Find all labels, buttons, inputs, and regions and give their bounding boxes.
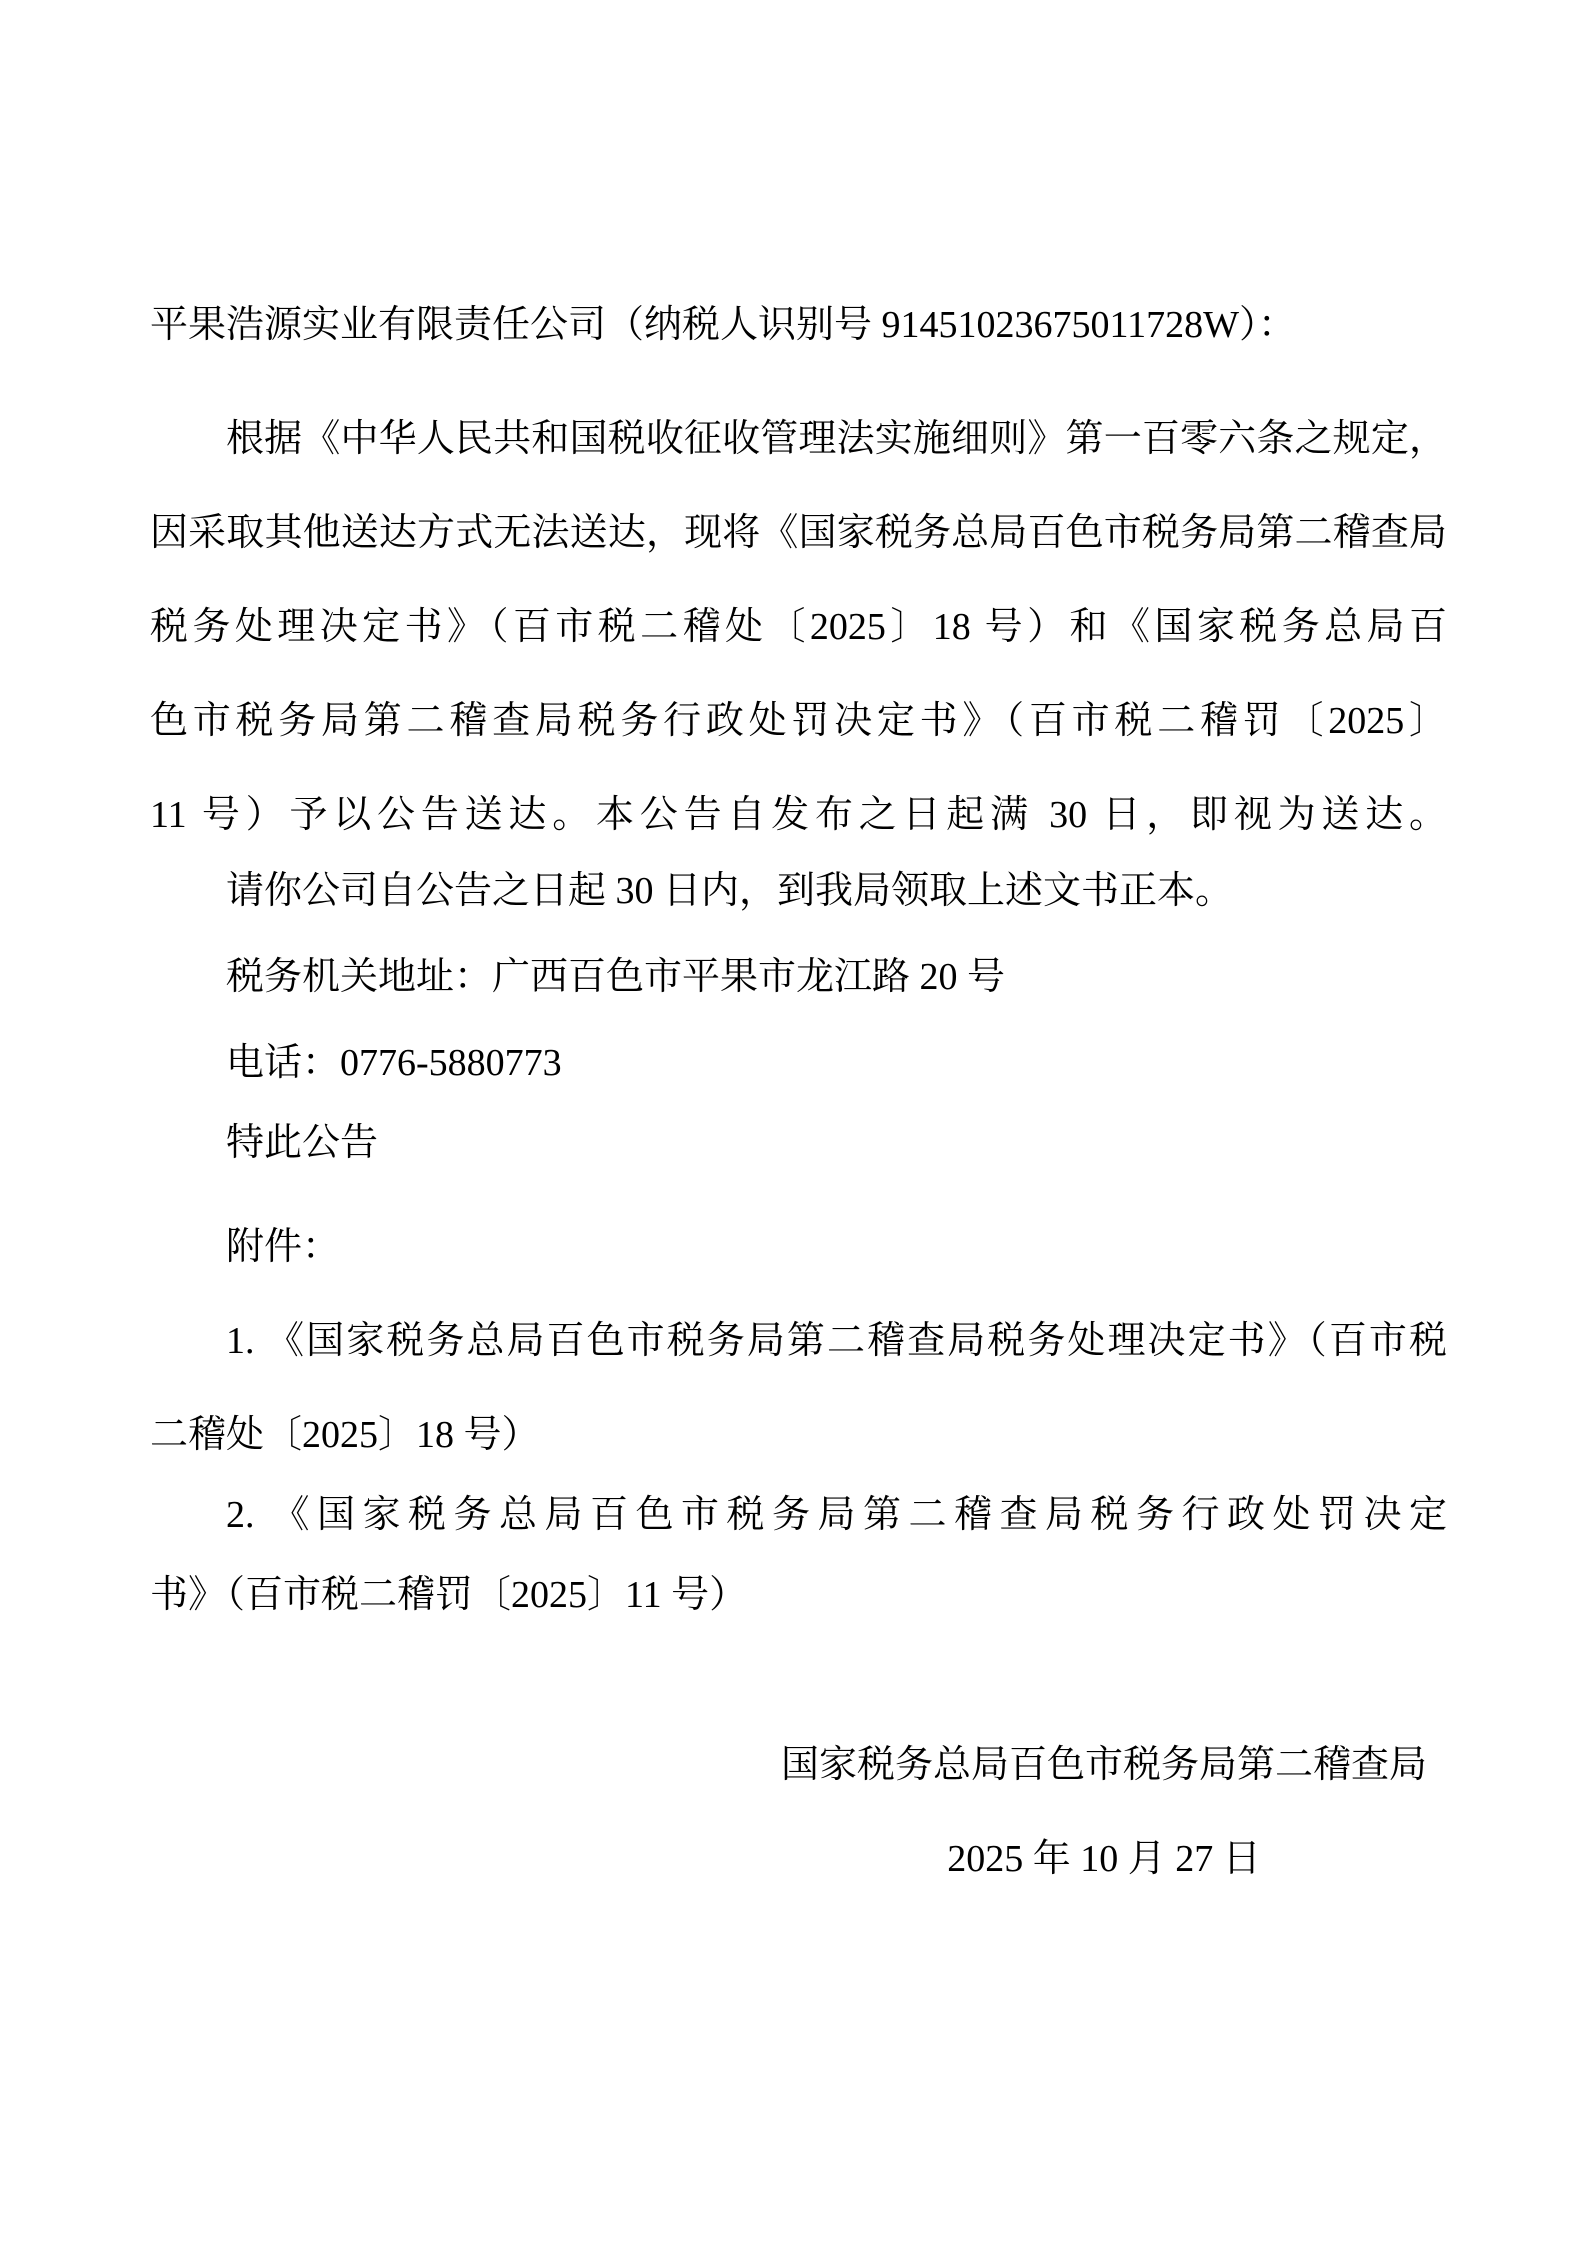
- signature-inner: 国家税务总局百色市税务局第二稽查局 2025 年 10 月 27 日: [781, 1742, 1427, 1882]
- attachment-1-line-1: 1. 《国家税务总局百色市税务局第二稽查局税务处理决定书》（百市税: [150, 1318, 1447, 1364]
- issuer-line: 国家税务总局百色市税务局第二稽查局: [781, 1742, 1427, 1788]
- signature-block: 国家税务总局百色市税务局第二稽查局 2025 年 10 月 27 日: [150, 1742, 1447, 1882]
- date-line: 2025 年 10 月 27 日: [781, 1836, 1427, 1882]
- request-line: 请你公司自公告之日起 30 日内，到我局领取上述文书正本。: [150, 868, 1447, 914]
- document-page: 平果浩源实业有限责任公司（纳税人识别号 91451023675011728W）：…: [0, 0, 1587, 2245]
- recipient-line: 平果浩源实业有限责任公司（纳税人识别号 91451023675011728W）：: [150, 302, 1447, 348]
- attachment-1-line-2: 二稽处〔2025〕18 号）: [150, 1412, 1447, 1458]
- attachment-2-line-2: 书》（百市税二稽罚〔2025〕11 号）: [150, 1572, 1447, 1618]
- body-line-5: 11 号）予以公告送达。本公告自发布之日起满 30 日，即视为送达。: [150, 792, 1447, 838]
- attachment-2-line-1: 2. 《国家税务总局百色市税务局第二稽查局税务行政处罚决定: [150, 1492, 1447, 1538]
- body-line-4: 色市税务局第二稽查局税务行政处罚决定书》（百市税二稽罚〔2025〕: [150, 698, 1447, 744]
- closing-line: 特此公告: [150, 1120, 1447, 1166]
- address-line: 税务机关地址：广西百色市平果市龙江路 20 号: [150, 954, 1447, 1000]
- body-line-2: 因采取其他送达方式无法送达，现将《国家税务总局百色市税务局第二稽查局: [150, 510, 1447, 556]
- body-line-1: 根据《中华人民共和国税收征收管理法实施细则》第一百零六条之规定，: [150, 416, 1447, 462]
- phone-line: 电话：0776-5880773: [150, 1040, 1447, 1086]
- body-line-3: 税务处理决定书》（百市税二稽处〔2025〕18 号）和《国家税务总局百: [150, 604, 1447, 650]
- attachments-heading: 附件：: [150, 1224, 1447, 1270]
